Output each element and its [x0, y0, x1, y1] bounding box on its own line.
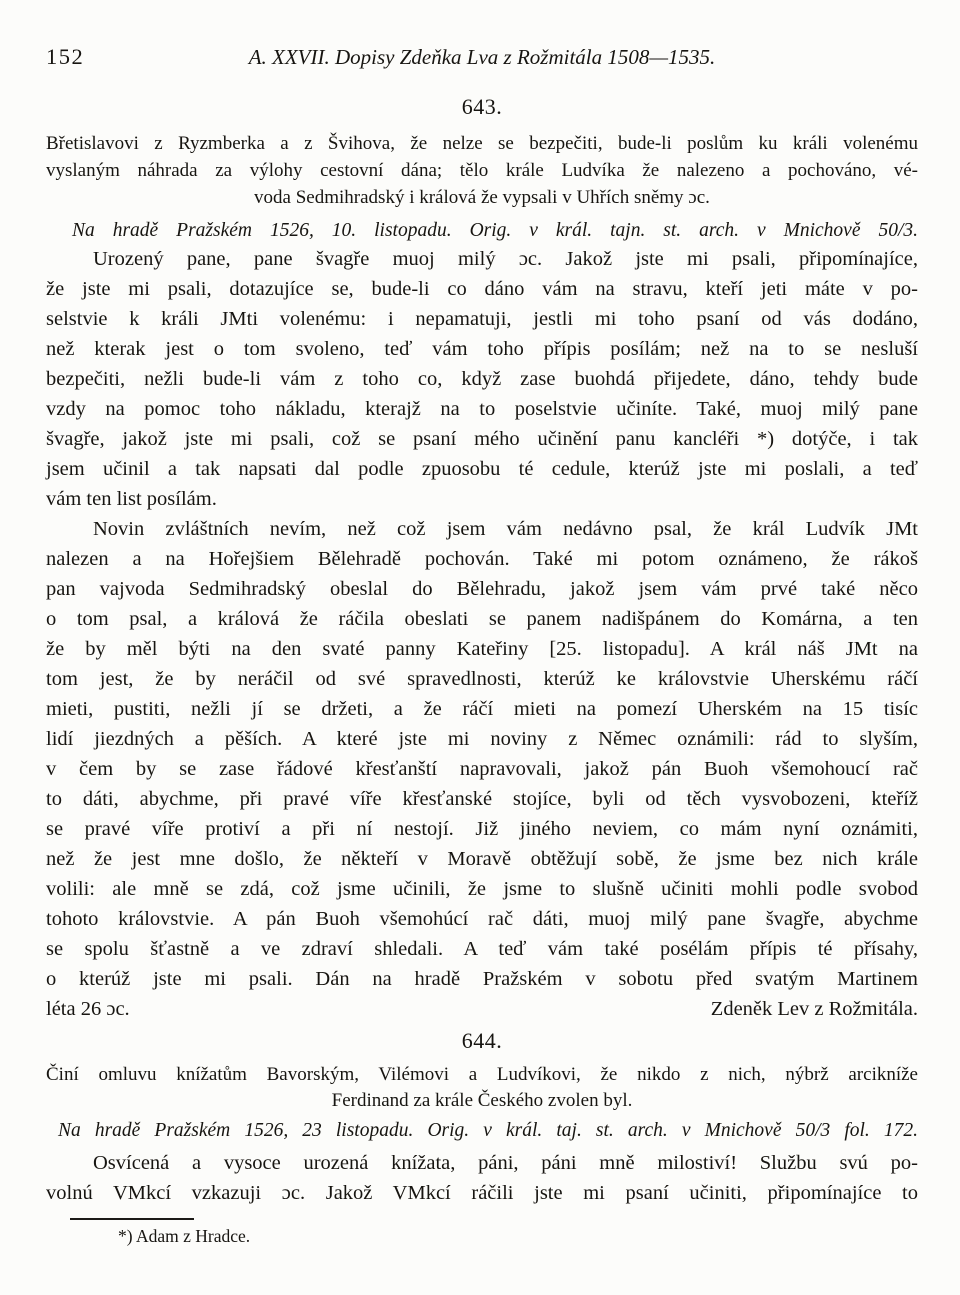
text-line: tohoto královstvie. A pán Buoh všemohúcí… — [46, 904, 918, 934]
page-number: 152 — [46, 44, 156, 70]
scanned-book-page: 152 A. XXVII. Dopisy Zdeňka Lva z Rožmit… — [0, 0, 960, 1295]
text-line: než že jest mne došlo, že někteří v Mora… — [46, 844, 918, 874]
text-line: selstvie k králi JMti volenému: i nepama… — [46, 304, 918, 334]
regest-line: Ferdinand za krále Českého zvolen byl. — [46, 1088, 918, 1114]
signature: Zdeněk Lev z Rožmitála. — [711, 994, 918, 1024]
letter-644-paragraph-1: Osvícená a vysoce urozená knížata, páni,… — [46, 1148, 918, 1208]
text-line: Osvícená a vysoce urozená knížata, páni,… — [46, 1148, 918, 1178]
text-line: Urozený pane, pane švagře muoj milý ɔc. … — [46, 244, 918, 274]
letter-closing-row: léta 26 ɔc. Zdeněk Lev z Rožmitála. — [46, 994, 918, 1024]
letter-643-paragraph-1: Urozený pane, pane švagře muoj milý ɔc. … — [46, 244, 918, 514]
text-line: volili: ale mně se zdá, což jsme učinili… — [46, 874, 918, 904]
regest-line: voda Sedmihradský i králová že vypsali v… — [46, 184, 918, 211]
text-line: že jste mi psali, dotazujíce se, bude-li… — [46, 274, 918, 304]
letter-643-paragraph-2: Novin zvláštních nevím, než což jsem vám… — [46, 514, 918, 994]
text-line: jsem učinil a tak napsati dal podle zpuo… — [46, 454, 918, 484]
text-line: o kterúž jste mi psali. Dán na hradě Pra… — [46, 964, 918, 994]
regest-line: Činí omluvu knížatům Bavorským, Vilémovi… — [46, 1062, 918, 1088]
text-line: bezpečiti, nežli bude-li vám z toho co, … — [46, 364, 918, 394]
text-line: pan vajvoda Sedmihradský obeslal do Běle… — [46, 574, 918, 604]
text-line: vám ten list posílám. — [46, 484, 918, 514]
text-line: v čem by se zase řádové křesťanští napra… — [46, 754, 918, 784]
text-line: se spolu šťastně a ve zdraví shledali. A… — [46, 934, 918, 964]
regest-643: Břetislavovi z Ryzmberka a z Švihova, že… — [46, 130, 918, 211]
regest-line: Břetislavovi z Ryzmberka a z Švihova, že… — [46, 130, 918, 157]
text-line: mieti, pustiti, nežli jí se držeti, a že… — [46, 694, 918, 724]
text-line: nalezen a na Hořejšiem Bělehradě pochová… — [46, 544, 918, 574]
text-line: vzdy na pomoc toho nákladu, kterajž na t… — [46, 394, 918, 424]
text-line: to dáti, abychme, při pravé víře křesťan… — [46, 784, 918, 814]
source-line-644: Na hradě Pražském 1526, 23 listopadu. Or… — [46, 1118, 918, 1144]
text-line: lidí jiezdných a pěších. A které jste mi… — [46, 724, 918, 754]
section-number-644: 644. — [46, 1028, 918, 1054]
footnote-rule — [70, 1218, 194, 1220]
running-title: A. XXVII. Dopisy Zdeňka Lva z Rožmitála … — [156, 45, 808, 70]
regest-644: Činí omluvu knížatům Bavorským, Vilémovi… — [46, 1062, 918, 1114]
footnote-text: *) Adam z Hradce. — [46, 1225, 918, 1247]
text-line: než kterak jest o tom svoleno, teď vám t… — [46, 334, 918, 364]
text-line: se pravé víře protiví a při ní nestojí. … — [46, 814, 918, 844]
text-line: tom jest, že by neráčil od své spravedln… — [46, 664, 918, 694]
text-line: Novin zvláštních nevím, než což jsem vám… — [46, 514, 918, 544]
section-number-643: 643. — [46, 94, 918, 120]
text-line: o tom psal, a králová že ráčila obeslati… — [46, 604, 918, 634]
text-line: že by měl býti na den svaté panny Kateři… — [46, 634, 918, 664]
dateline: léta 26 ɔc. — [46, 994, 130, 1024]
page-header: 152 A. XXVII. Dopisy Zdeňka Lva z Rožmit… — [46, 44, 918, 72]
regest-line: vyslaným náhrada za výlohy cestovní dána… — [46, 157, 918, 184]
text-line: volnú VMkcí vzkazuji ɔc. Jakož VMkcí ráč… — [46, 1178, 918, 1208]
source-line-643: Na hradě Pražském 1526, 10. listopadu. O… — [46, 218, 918, 244]
text-line: švagře, jakož jste mi psali, což se psan… — [46, 424, 918, 454]
